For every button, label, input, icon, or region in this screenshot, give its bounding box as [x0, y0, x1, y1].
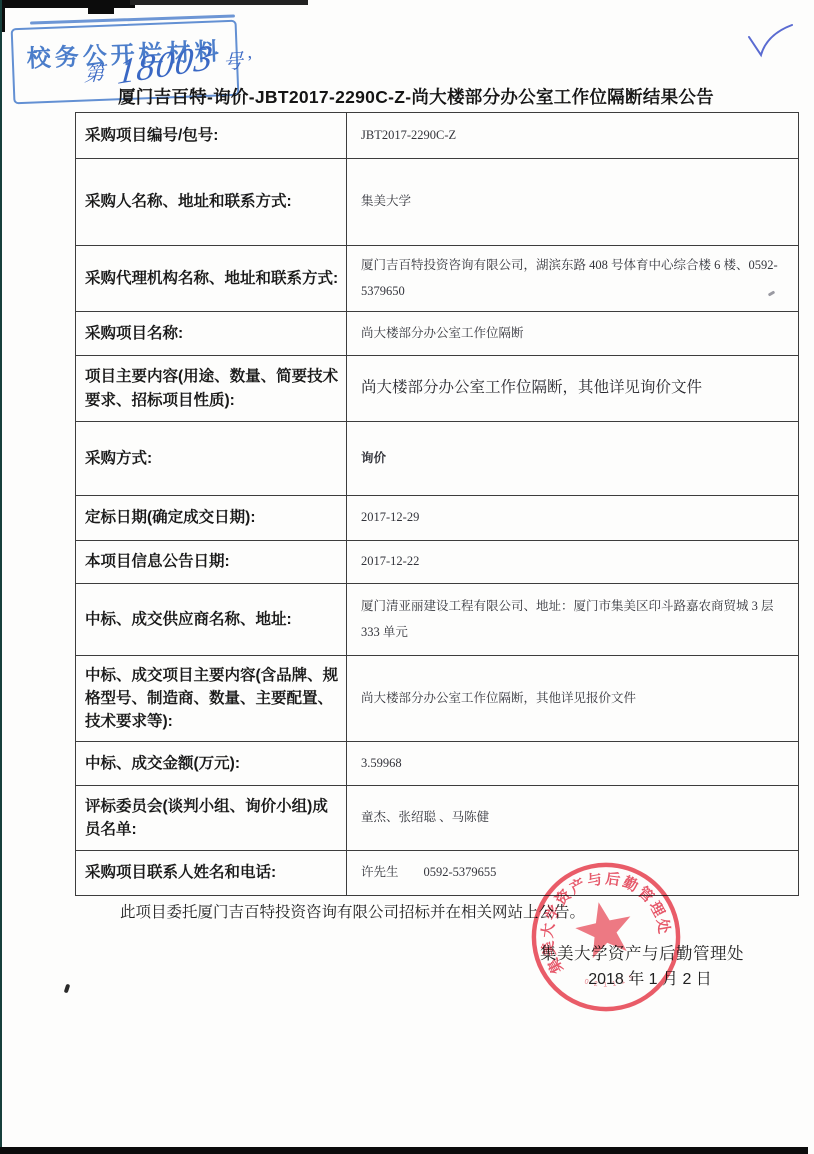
- row-value: 询价: [347, 422, 799, 496]
- table-row: 中标、成交项目主要内容(含品牌、规格型号、制造商、数量、主要配置、技术要求等):…: [76, 656, 799, 742]
- table-row: 中标、成交金额(万元): 3.59968: [76, 742, 799, 786]
- row-label: 采购项目联系人姓名和电话:: [76, 851, 347, 896]
- table-row: 本项目信息公告日期: 2017-12-22: [76, 541, 799, 584]
- row-label: 采购方式:: [76, 422, 347, 496]
- table-row: 采购代理机构名称、地址和联系方式: 厦门吉百特投资咨询有限公司，湖滨东路 408…: [76, 246, 799, 312]
- row-value: 尚大楼部分办公室工作位隔断，其他详见报价文件: [347, 656, 799, 742]
- row-label: 项目主要内容(用途、数量、简要技术要求、招标项目性质):: [76, 356, 347, 422]
- row-value: 厦门吉百特投资咨询有限公司，湖滨东路 408 号体育中心综合楼 6 楼、0592…: [347, 246, 799, 312]
- row-value: 童杰、张绍聪 、马陈健: [347, 786, 799, 851]
- scanned-document-page: 校务公开栏材料 第 18003 号 ’ 厦门吉百特-询价-JBT2017-229…: [0, 0, 814, 1154]
- procurement-result-table: 采购项目编号/包号: JBT2017-2290C-Z 采购人名称、地址和联系方式…: [75, 112, 799, 896]
- row-label: 中标、成交供应商名称、地址:: [76, 584, 347, 656]
- scan-edge-artifact: [130, 0, 308, 5]
- table-row: 采购项目编号/包号: JBT2017-2290C-Z: [76, 113, 799, 159]
- row-label: 中标、成交项目主要内容(含品牌、规格型号、制造商、数量、主要配置、技术要求等):: [76, 656, 347, 742]
- seal-star: [571, 896, 637, 960]
- ink-speck: [64, 984, 71, 994]
- row-value: 2017-12-29: [347, 496, 799, 541]
- scan-edge-artifact: [0, 0, 135, 8]
- row-value: 尚大楼部分办公室工作位隔断，其他详见询价文件: [347, 356, 799, 422]
- row-value: 尚大楼部分办公室工作位隔断: [347, 312, 799, 356]
- row-value: 集美大学: [347, 159, 799, 246]
- row-label: 本项目信息公告日期:: [76, 541, 347, 584]
- row-label: 采购人名称、地址和联系方式:: [76, 159, 347, 246]
- row-label: 采购代理机构名称、地址和联系方式:: [76, 246, 347, 312]
- row-value: JBT2017-2290C-Z: [347, 113, 799, 159]
- delegation-note: 此项目委托厦门吉百特投资咨询有限公司招标并在相关网站上公告。: [120, 900, 585, 922]
- scan-bottom-edge: [0, 1147, 808, 1154]
- table-row: 项目主要内容(用途、数量、简要技术要求、招标项目性质): 尚大楼部分办公室工作位…: [76, 356, 799, 422]
- row-label: 采购项目名称:: [76, 312, 347, 356]
- pen-check-icon: [745, 22, 797, 64]
- table-row: 采购方式: 询价: [76, 422, 799, 496]
- table-row: 中标、成交供应商名称、地址: 厦门清亚丽建设工程有限公司、地址：厦门市集美区印斗…: [76, 584, 799, 656]
- row-label: 定标日期(确定成交日期):: [76, 496, 347, 541]
- row-value: 厦门清亚丽建设工程有限公司、地址：厦门市集美区印斗路嘉农商贸城 3 层 333 …: [347, 584, 799, 656]
- row-label: 评标委员会(谈判小组、询价小组)成员名单:: [76, 786, 347, 851]
- table-row: 采购项目名称: 尚大楼部分办公室工作位隔断: [76, 312, 799, 356]
- table-row: 采购项目联系人姓名和电话: 许先生 0592-5379655: [76, 851, 799, 896]
- table-row: 定标日期(确定成交日期): 2017-12-29: [76, 496, 799, 541]
- number-suffix: 号: [222, 45, 243, 76]
- red-circular-seal: 集美大学资产与后勤管理处 021115: [512, 843, 699, 1030]
- svg-text:021115: 021115: [582, 967, 641, 994]
- table-row: 评标委员会(谈判小组、询价小组)成员名单: 童杰、张绍聪 、马陈健: [76, 786, 799, 851]
- scan-edge-artifact: [88, 0, 114, 14]
- seal-code: 021115: [582, 967, 641, 994]
- row-label: 采购项目编号/包号:: [76, 113, 347, 159]
- scan-left-edge: [0, 0, 2, 1154]
- document-title: 厦门吉百特-询价-JBT2017-2290C-Z-尚大楼部分办公室工作位隔断结果…: [75, 84, 757, 109]
- row-label: 中标、成交金额(万元):: [76, 742, 347, 786]
- row-value: 3.59968: [347, 742, 799, 786]
- row-value: 2017-12-22: [347, 541, 799, 584]
- pen-tick: ’: [246, 52, 254, 73]
- table-row: 采购人名称、地址和联系方式: 集美大学: [76, 159, 799, 246]
